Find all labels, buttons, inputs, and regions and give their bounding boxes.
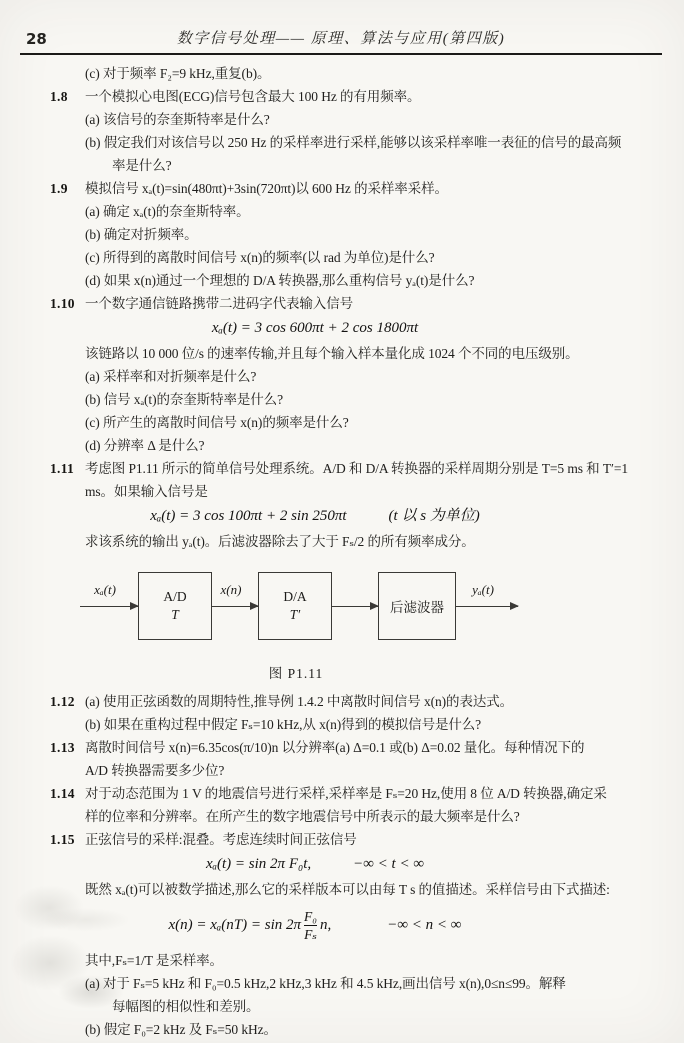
problem-line: 1.13 离散时间信号 x(n)=6.35cos(π/10)n 以分辨率(a) … bbox=[50, 736, 660, 759]
problem-line: 1.9 模拟信号 xₐ(t)=sin(480πt)+3sin(720πt)以 6… bbox=[50, 177, 660, 200]
problem-number bbox=[50, 972, 85, 995]
problem-line: (d) 分辨率 Δ 是什么? bbox=[50, 434, 660, 457]
problem-number bbox=[50, 223, 85, 246]
math-formula-fraction: x(n) = xₐ(nT) = sin 2π F₀ Fₛ n, −∞ < n <… bbox=[50, 901, 660, 949]
line-text: (a) 确定 xₐ(t)的奈奎斯特率。 bbox=[85, 200, 660, 223]
da-converter-box: D/A T′ bbox=[258, 572, 332, 640]
block-diagram-p1-11: xₐ(t) A/D T x(n) D/A T′ bbox=[80, 562, 660, 682]
problem-line: 既然 xₐ(t)可以被数学描述,那么它的采样版本可以由每 T s 的值描述。采样… bbox=[50, 878, 660, 901]
problem-number: 1.13 bbox=[50, 736, 85, 759]
arrow-line bbox=[212, 606, 258, 607]
problem-line: (b) 如果在重构过程中假定 Fₛ=10 kHz,从 x(n)得到的模拟信号是什… bbox=[50, 713, 660, 736]
problem-line: (b) 确定对折频率。 bbox=[50, 223, 660, 246]
da-box-label: D/A bbox=[283, 589, 306, 605]
problem-number bbox=[50, 434, 85, 457]
problem-number bbox=[50, 530, 85, 553]
problem-line: (c) 对于频率 F₂=9 kHz,重复(b)。 bbox=[50, 62, 660, 85]
line-text: (b) 如果在重构过程中假定 Fₛ=10 kHz,从 x(n)得到的模拟信号是什… bbox=[85, 713, 660, 736]
problem-lines-upper: (c) 对于频率 F₂=9 kHz,重复(b)。 1.8 一个模拟心电图(ECG… bbox=[50, 62, 660, 553]
postfilter-box-label: 后滤波器 bbox=[390, 596, 444, 616]
problem-line: 求该系统的输出 yₐ(t)。后滤波器除去了大于 Fₛ/2 的所有频率成分。 bbox=[50, 530, 660, 553]
problem-number: 1.12 bbox=[50, 690, 85, 713]
problem-number: 1.14 bbox=[50, 782, 85, 805]
problem-number bbox=[50, 878, 85, 901]
problem-line: 1.14 对于动态范围为 1 V 的地震信号进行采样,采样率是 Fₛ=20 Hz… bbox=[50, 782, 660, 805]
line-text: 对于动态范围为 1 V 的地震信号进行采样,采样率是 Fₛ=20 Hz,使用 8… bbox=[85, 782, 660, 805]
formula-text: xₐ(t) = sin 2π F₀t, bbox=[206, 851, 311, 878]
line-text: (a) 该信号的奈奎斯特率是什么? bbox=[85, 108, 660, 131]
diagram-row: xₐ(t) A/D T x(n) D/A T′ bbox=[80, 562, 660, 650]
problem-number bbox=[50, 1018, 85, 1041]
line-text: 一个数字通信链路携带二进码字代表输入信号 bbox=[85, 292, 660, 315]
line-text: 模拟信号 xₐ(t)=sin(480πt)+3sin(720πt)以 600 H… bbox=[85, 177, 660, 200]
book-title: 数字信号处理—— 原理、算法与应用(第四版) bbox=[20, 27, 662, 48]
problem-line: (a) 该信号的奈奎斯特率是什么? bbox=[50, 108, 660, 131]
problem-line: 其中,Fₛ=1/T 是采样率。 bbox=[50, 949, 660, 972]
formula-prefix: x(n) = xₐ(nT) = sin 2π bbox=[168, 914, 301, 937]
fraction-numerator: F₀ bbox=[304, 908, 317, 925]
arrow-line bbox=[332, 606, 378, 607]
line-text: 样的位率和分辨率。在所产生的数字地震信号中所表示的最大频率是什么? bbox=[85, 805, 660, 828]
problem-line: (d) 如果 x(n)通过一个理想的 D/A 转换器,那么重构信号 yₐ(t)是… bbox=[50, 269, 660, 292]
problem-number bbox=[50, 246, 85, 269]
line-text: (d) 分辨率 Δ 是什么? bbox=[85, 434, 660, 457]
figure-caption: 图 P1.11 bbox=[80, 662, 512, 682]
problem-number bbox=[50, 154, 85, 177]
problem-number bbox=[50, 805, 85, 828]
problem-number bbox=[50, 62, 85, 85]
line-text: (c) 对于频率 F₂=9 kHz,重复(b)。 bbox=[85, 62, 660, 85]
ad-box-label: A/D bbox=[163, 589, 186, 605]
problem-line: 1.10 一个数字通信链路携带二进码字代表输入信号 bbox=[50, 292, 660, 315]
problem-lines-lower: 1.12 (a) 使用正弦函数的周期特性,推导例 1.4.2 中离散时间信号 x… bbox=[50, 690, 660, 1041]
line-text: 考虑图 P1.11 所示的简单信号处理系统。A/D 和 D/A 转换器的采样周期… bbox=[85, 457, 660, 480]
line-text: 每幅图的相似性和差别。 bbox=[85, 995, 660, 1018]
problem-line: (a) 采样率和对折频率是什么? bbox=[50, 365, 660, 388]
math-formula: xₐ(t) = 3 cos 600πt + 2 cos 1800πt bbox=[50, 315, 660, 342]
problem-line: (c) 所产生的离散时间信号 x(n)的频率是什么? bbox=[50, 411, 660, 434]
math-formula: xₐ(t) = 3 cos 100πt + 2 sin 250πt (t 以 s… bbox=[50, 503, 660, 530]
output-signal-label: yₐ(t) bbox=[456, 582, 510, 598]
problem-number: 1.9 bbox=[50, 177, 85, 200]
da-box-period: T′ bbox=[290, 607, 300, 623]
line-text: 率是什么? bbox=[85, 154, 660, 177]
line-text: 正弦信号的采样:混叠。考虑连续时间正弦信号 bbox=[85, 828, 660, 851]
formula-suffix: n, bbox=[320, 914, 331, 937]
problem-line: 1.15 正弦信号的采样:混叠。考虑连续时间正弦信号 bbox=[50, 828, 660, 851]
problem-line: 1.11 考虑图 P1.11 所示的简单信号处理系统。A/D 和 D/A 转换器… bbox=[50, 457, 660, 480]
math-formula: xₐ(t) = sin 2π F₀t, −∞ < t < ∞ bbox=[50, 851, 660, 878]
problem-line: (b) 信号 xₐ(t)的奈奎斯特率是什么? bbox=[50, 388, 660, 411]
formula-condition: −∞ < t < ∞ bbox=[353, 851, 424, 878]
line-text: (b) 假定我们对该信号以 250 Hz 的采样率进行采样,能够以该采样率唯一表… bbox=[85, 131, 660, 154]
input-signal-label: xₐ(t) bbox=[80, 582, 130, 598]
line-text: 其中,Fₛ=1/T 是采样率。 bbox=[85, 949, 660, 972]
line-text: (c) 所产生的离散时间信号 x(n)的频率是什么? bbox=[85, 411, 660, 434]
formula-text: xₐ(t) = 3 cos 600πt + 2 cos 1800πt bbox=[212, 315, 418, 342]
problem-line: (a) 确定 xₐ(t)的奈奎斯特率。 bbox=[50, 200, 660, 223]
formula-condition: −∞ < n < ∞ bbox=[387, 914, 461, 937]
line-text: ms。如果输入信号是 bbox=[85, 480, 660, 503]
line-text: 一个模拟心电图(ECG)信号包含最大 100 Hz 的有用频率。 bbox=[85, 85, 660, 108]
problem-number bbox=[50, 759, 85, 782]
line-text: (a) 使用正弦函数的周期特性,推导例 1.4.2 中离散时间信号 x(n)的表… bbox=[85, 690, 660, 713]
line-text: (b) 信号 xₐ(t)的奈奎斯特率是什么? bbox=[85, 388, 660, 411]
problem-number bbox=[50, 131, 85, 154]
problem-number bbox=[50, 411, 85, 434]
page-header: 28 数字信号处理—— 原理、算法与应用(第四版) bbox=[20, 0, 662, 55]
line-text: A/D 转换器需要多少位? bbox=[85, 759, 660, 782]
problem-number: 1.11 bbox=[50, 457, 85, 480]
problem-line: 1.8 一个模拟心电图(ECG)信号包含最大 100 Hz 的有用频率。 bbox=[50, 85, 660, 108]
line-text: (b) 确定对折频率。 bbox=[85, 223, 660, 246]
problem-line: 该链路以 10 000 位/s 的速率传输,并且每个输入样本量化成 1024 个… bbox=[50, 342, 660, 365]
problem-number bbox=[50, 342, 85, 365]
problems-content: (c) 对于频率 F₂=9 kHz,重复(b)。 1.8 一个模拟心电图(ECG… bbox=[50, 62, 660, 1041]
problem-number bbox=[50, 200, 85, 223]
line-text: 离散时间信号 x(n)=6.35cos(π/10)n 以分辨率(a) Δ=0.1… bbox=[85, 736, 660, 759]
problem-number bbox=[50, 269, 85, 292]
fraction: F₀ Fₛ bbox=[304, 908, 317, 943]
discrete-signal-label: x(n) bbox=[212, 582, 250, 598]
problem-line: A/D 转换器需要多少位? bbox=[50, 759, 660, 782]
ad-converter-box: A/D T bbox=[138, 572, 212, 640]
problem-number bbox=[50, 949, 85, 972]
line-text: (b) 假定 F₀=2 kHz 及 Fₛ=50 kHz。 bbox=[85, 1018, 660, 1041]
formula-condition: (t 以 s 为单位) bbox=[389, 503, 480, 530]
line-text: (a) 采样率和对折频率是什么? bbox=[85, 365, 660, 388]
problem-number bbox=[50, 480, 85, 503]
line-text: (d) 如果 x(n)通过一个理想的 D/A 转换器,那么重构信号 yₐ(t)是… bbox=[85, 269, 660, 292]
line-text: 求该系统的输出 yₐ(t)。后滤波器除去了大于 Fₛ/2 的所有频率成分。 bbox=[85, 530, 660, 553]
arrow-line bbox=[80, 606, 138, 607]
problem-line: 每幅图的相似性和差别。 bbox=[50, 995, 660, 1018]
problem-line: (b) 假定我们对该信号以 250 Hz 的采样率进行采样,能够以该采样率唯一表… bbox=[50, 131, 660, 154]
arrow-line bbox=[456, 606, 518, 607]
postfilter-box: 后滤波器 bbox=[378, 572, 456, 640]
problem-number bbox=[50, 995, 85, 1018]
line-text: 该链路以 10 000 位/s 的速率传输,并且每个输入样本量化成 1024 个… bbox=[85, 342, 660, 365]
problem-line: 样的位率和分辨率。在所产生的数字地震信号中所表示的最大频率是什么? bbox=[50, 805, 660, 828]
problem-number bbox=[50, 713, 85, 736]
problem-number bbox=[50, 108, 85, 131]
problem-line: (a) 对于 Fₛ=5 kHz 和 F₀=0.5 kHz,2 kHz,3 kHz… bbox=[50, 972, 660, 995]
problem-number: 1.15 bbox=[50, 828, 85, 851]
problem-line: (b) 假定 F₀=2 kHz 及 Fₛ=50 kHz。 bbox=[50, 1018, 660, 1041]
problem-number: 1.10 bbox=[50, 292, 85, 315]
ad-box-period: T bbox=[171, 607, 179, 623]
line-text: 既然 xₐ(t)可以被数学描述,那么它的采样版本可以由每 T s 的值描述。采样… bbox=[85, 878, 660, 901]
problem-number bbox=[50, 388, 85, 411]
book-page: 28 数字信号处理—— 原理、算法与应用(第四版) (c) 对于频率 F₂=9 … bbox=[0, 0, 684, 1043]
problem-number bbox=[50, 365, 85, 388]
formula-text: xₐ(t) = 3 cos 100πt + 2 sin 250πt bbox=[150, 503, 346, 530]
fraction-denominator: Fₛ bbox=[304, 926, 317, 943]
line-text: (a) 对于 Fₛ=5 kHz 和 F₀=0.5 kHz,2 kHz,3 kHz… bbox=[85, 972, 660, 995]
problem-line: ms。如果输入信号是 bbox=[50, 480, 660, 503]
problem-number: 1.8 bbox=[50, 85, 85, 108]
problem-line: (c) 所得到的离散时间信号 x(n)的频率(以 rad 为单位)是什么? bbox=[50, 246, 660, 269]
line-text: (c) 所得到的离散时间信号 x(n)的频率(以 rad 为单位)是什么? bbox=[85, 246, 660, 269]
problem-line: 1.12 (a) 使用正弦函数的周期特性,推导例 1.4.2 中离散时间信号 x… bbox=[50, 690, 660, 713]
problem-line: 率是什么? bbox=[50, 154, 660, 177]
